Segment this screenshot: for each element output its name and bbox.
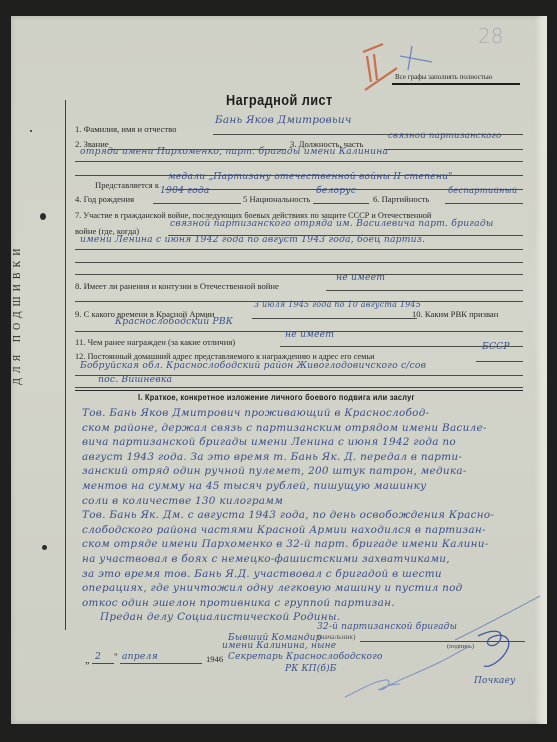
field-3-value-line2: отряда имени Пархоменко, парт. бригады и… [80, 146, 388, 157]
speck [30, 130, 32, 132]
field-12-underline-3 [75, 387, 523, 388]
date-year: 1946 [206, 654, 223, 664]
nomination-label: Представляется к [95, 180, 159, 190]
narrative-line: соли в количестве 130 килограмм [82, 495, 283, 507]
field-7-value-line1: связной партизанского отряда им. Василев… [170, 218, 494, 229]
narrative-line: операциях, где уничтожил одну легковую м… [82, 582, 463, 594]
narrative-line: занский отряд один ручной пулемет, 200 ш… [82, 465, 467, 477]
narrative-line: ском районе, держал связь с партизанским… [82, 422, 487, 434]
field-7-underline-2 [75, 249, 523, 250]
narrative-line: за это время тов. Бань Я.Д. участвовал с… [82, 568, 442, 580]
notice-underline [392, 83, 520, 85]
section-heading: I. Краткое, конкретное изложение личного… [138, 393, 415, 402]
narrative-line: Тов. Бань Як. Дм. с августа 1943 года, п… [82, 509, 494, 521]
section-divider [75, 390, 523, 391]
paper-edge [535, 16, 547, 724]
field-7-underline-4 [75, 274, 523, 275]
field-9-underline [252, 318, 417, 319]
field-12-underline [476, 361, 523, 362]
fill-all-fields-notice: Все графы заполнять полностью [395, 73, 492, 81]
narrative-line: на участвовал в боях с немецко-фашистски… [82, 553, 450, 565]
field-3-underline [384, 149, 523, 150]
narrative-line: вича партизанской бригады имени Ленина с… [82, 436, 456, 448]
field-9-value: 3 июля 1945 года по 10 августа 1945 [254, 300, 421, 309]
commander-label-line2: имени Калинина, ныне [222, 641, 336, 651]
signature-caption: (подпись) [447, 643, 474, 650]
field-5-label: 5 Национальность [243, 194, 310, 204]
date-quote-close: " [114, 652, 118, 662]
narrative-line: Тов. Бань Яков Дмитрович проживающий в К… [82, 407, 429, 419]
field-12-value-line3: пос. Вишневка [98, 374, 172, 385]
secretary-line2: РК КП(б)Б [285, 664, 337, 674]
field-8-value: не имеет [336, 272, 385, 283]
field-6-value: беспартийный [448, 185, 517, 195]
field-12-value-line2: Бобруйская обл. Краснослободский район Ж… [80, 360, 426, 371]
field-5-value: белорус [316, 185, 356, 196]
page-title: Наградной лист [226, 92, 333, 109]
commander-label-print: (начальник) [318, 632, 355, 641]
punch-hole-mark [42, 545, 47, 550]
commander-signature-line [360, 641, 525, 642]
field-8-underline [326, 290, 523, 291]
signer-name: Почкаеу [474, 676, 516, 686]
narrative-line: Предан делу Социалистической Родины. [100, 611, 340, 623]
date-month: апреля [122, 651, 158, 662]
date-day: 2 [95, 651, 101, 662]
date-day-underline [92, 663, 114, 664]
field-12-value-line1: БССР [482, 341, 510, 352]
nomination-value: медали „Партизану отечественной войны II… [168, 171, 453, 182]
field-4-label: 4. Год рождения [75, 194, 134, 204]
narrative-line: ментов на сумму на 45 тысяч рублей, пишу… [82, 480, 426, 492]
date-quote-open: „ [85, 655, 89, 666]
field-1-label: 1. Фамилия, имя и отчество [75, 124, 176, 134]
narrative-line: откос один эшелон противника с группой п… [82, 597, 395, 609]
page-number: 28 [478, 24, 503, 48]
field-6-underline [445, 203, 523, 204]
field-5-underline [313, 203, 369, 204]
field-3-value-line1: связной партизанского [388, 131, 501, 141]
punch-hole-mark [40, 213, 46, 220]
secretary-line1: Секретарь Краснослободского [228, 652, 383, 662]
commander-unit: 32-й партизанской бригады [317, 622, 457, 632]
date-month-underline [120, 663, 202, 664]
narrative-line: август 1943 года. За это время т. Бань Я… [82, 451, 462, 463]
margin-rule [65, 100, 66, 630]
narrative-line: слободского района частями Красной Армии… [82, 524, 486, 536]
blue-cross-mark [400, 44, 440, 74]
narrative-line: ском отряде имени Пархоменко в 32-й парт… [82, 538, 489, 550]
field-7-underline-3 [75, 262, 523, 263]
field-8-label: 8. Имеет ли ранения и контузии в Отечест… [75, 281, 279, 291]
field-10-label: 10. Каким РВК призван [412, 309, 498, 319]
field-11-value: не имеет [285, 329, 334, 340]
binding-margin-label: ДЛЯ ПОДШИВКИ [12, 244, 23, 385]
field-4-value: 1904 года [160, 185, 210, 196]
field-7-value-line2: имени Ленина с июня 1942 года по август … [80, 234, 425, 245]
field-6-label: 6. Партийность [373, 194, 429, 204]
field-1-value: Бань Яков Дмитровьич [215, 114, 352, 126]
field-3-underline-2 [75, 161, 523, 162]
field-10-value: Краснослободский РВК [115, 316, 233, 327]
field-11-label: 11. Чем ранее награжден (за какие отличи… [75, 337, 235, 347]
field-4-underline [153, 203, 241, 204]
